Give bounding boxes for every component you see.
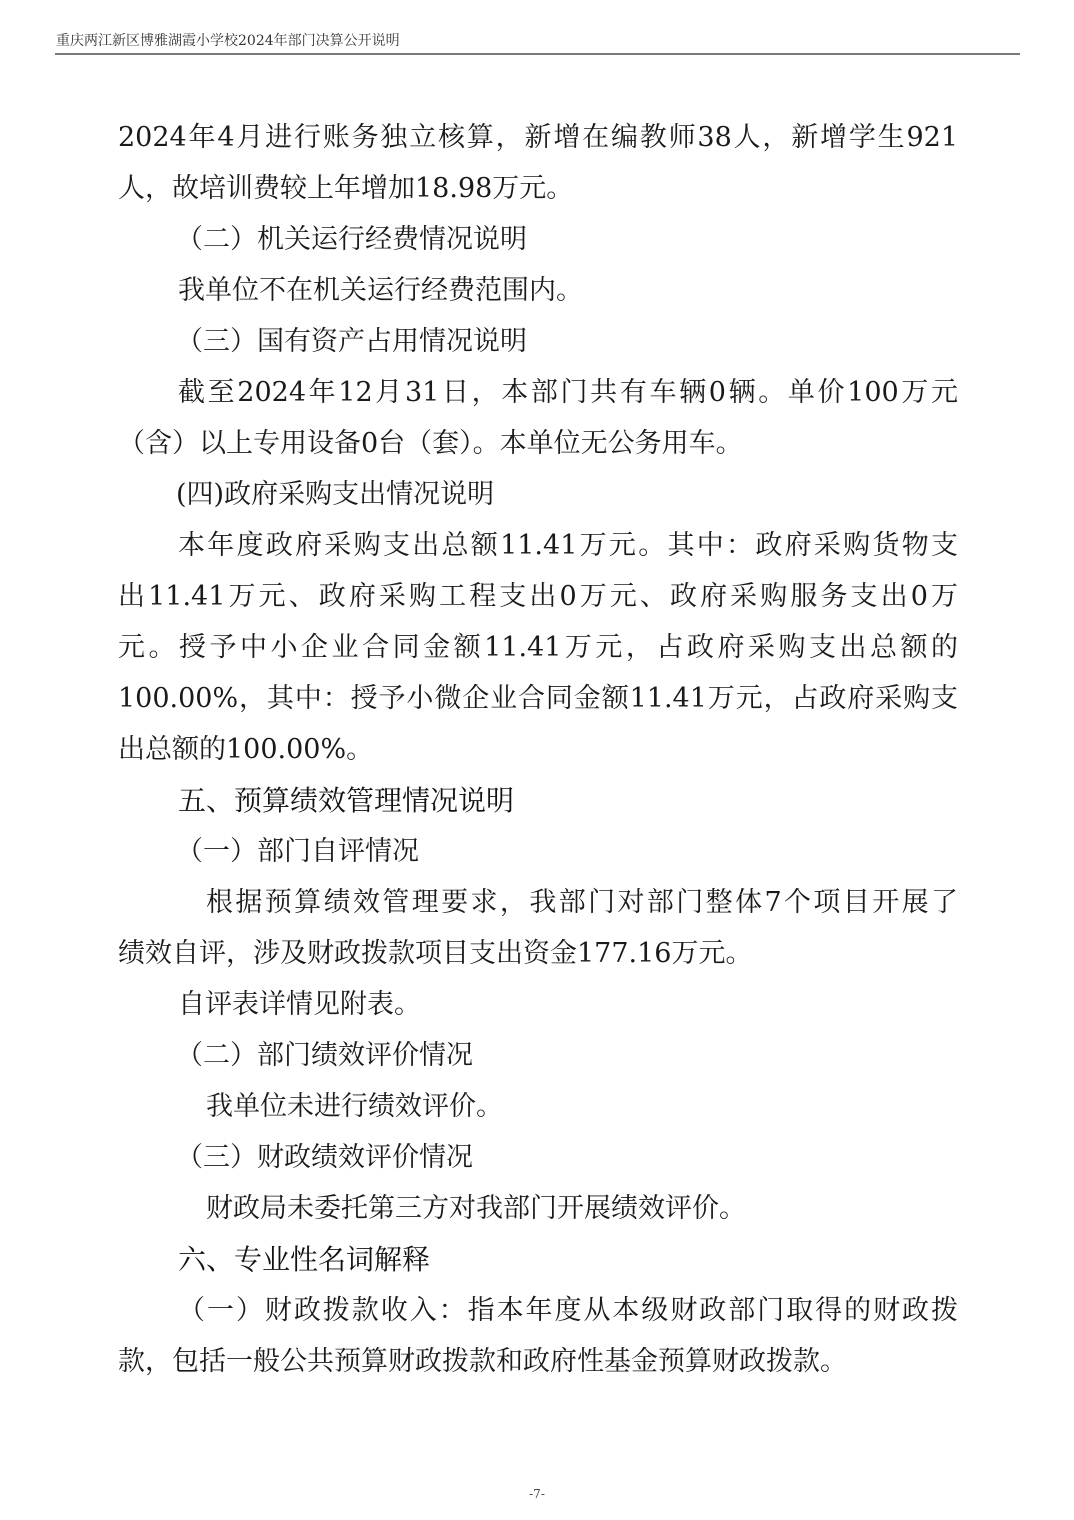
subheading-operating-costs: （二）机关运行经费情况说明 xyxy=(118,214,958,265)
paragraph-line: 款，包括一般公共预算财政拨款和政府性基金预算财政拨款。 xyxy=(118,1336,958,1387)
paragraph-line: 自评表详情见附表。 xyxy=(118,979,958,1030)
subheading-self-evaluation: （一）部门自评情况 xyxy=(118,826,958,877)
page-header-title: 重庆两江新区博雅湖霞小学校2024年部门决算公开说明 xyxy=(56,30,400,50)
header-divider xyxy=(55,53,1020,55)
paragraph-line: 根据预算绩效管理要求，我部门对部门整体7个项目开展了 xyxy=(118,877,958,928)
paragraph-line: 本年度政府采购支出总额11.41万元。其中：政府采购货物支 xyxy=(118,520,958,571)
paragraph-line: 元。授予中小企业合同金额11.41万元，占政府采购支出总额的 xyxy=(118,622,958,673)
document-body: 2024年4月进行账务独立核算，新增在编教师38人，新增学生921 人，故培训费… xyxy=(118,112,958,1387)
paragraph-line: 绩效自评，涉及财政拨款项目支出资金177.16万元。 xyxy=(118,928,958,979)
page-number: -7- xyxy=(0,1487,1074,1501)
subheading-state-assets: （三）国有资产占用情况说明 xyxy=(118,316,958,367)
paragraph-line: （含）以上专用设备0台（套）。本单位无公务用车。 xyxy=(118,418,958,469)
paragraph-line: 出总额的100.00%。 xyxy=(118,724,958,775)
paragraph-line: 人，故培训费较上年增加18.98万元。 xyxy=(118,163,958,214)
paragraph-line: 2024年4月进行账务独立核算，新增在编教师38人，新增学生921 xyxy=(118,112,958,163)
subheading-procurement: (四)政府采购支出情况说明 xyxy=(118,469,958,520)
paragraph-line: 100.00%，其中：授予小微企业合同金额11.41万元，占政府采购支 xyxy=(118,673,958,724)
subheading-dept-evaluation: （二）部门绩效评价情况 xyxy=(118,1030,958,1081)
paragraph-line: 截至2024年12月31日，本部门共有车辆0辆。单价100万元 xyxy=(118,367,958,418)
subheading-finance-evaluation: （三）财政绩效评价情况 xyxy=(118,1132,958,1183)
paragraph-line: 财政局未委托第三方对我部门开展绩效评价。 xyxy=(118,1183,958,1234)
paragraph-line: （一）财政拨款收入：指本年度从本级财政部门取得的财政拨 xyxy=(118,1285,958,1336)
paragraph-line: 出11.41万元、政府采购工程支出0万元、政府采购服务支出0万 xyxy=(118,571,958,622)
paragraph-line: 我单位不在机关运行经费范围内。 xyxy=(118,265,958,316)
section-title-performance: 五、预算绩效管理情况说明 xyxy=(118,775,958,826)
section-title-terms: 六、专业性名词解释 xyxy=(118,1234,958,1285)
paragraph-line: 我单位未进行绩效评价。 xyxy=(118,1081,958,1132)
